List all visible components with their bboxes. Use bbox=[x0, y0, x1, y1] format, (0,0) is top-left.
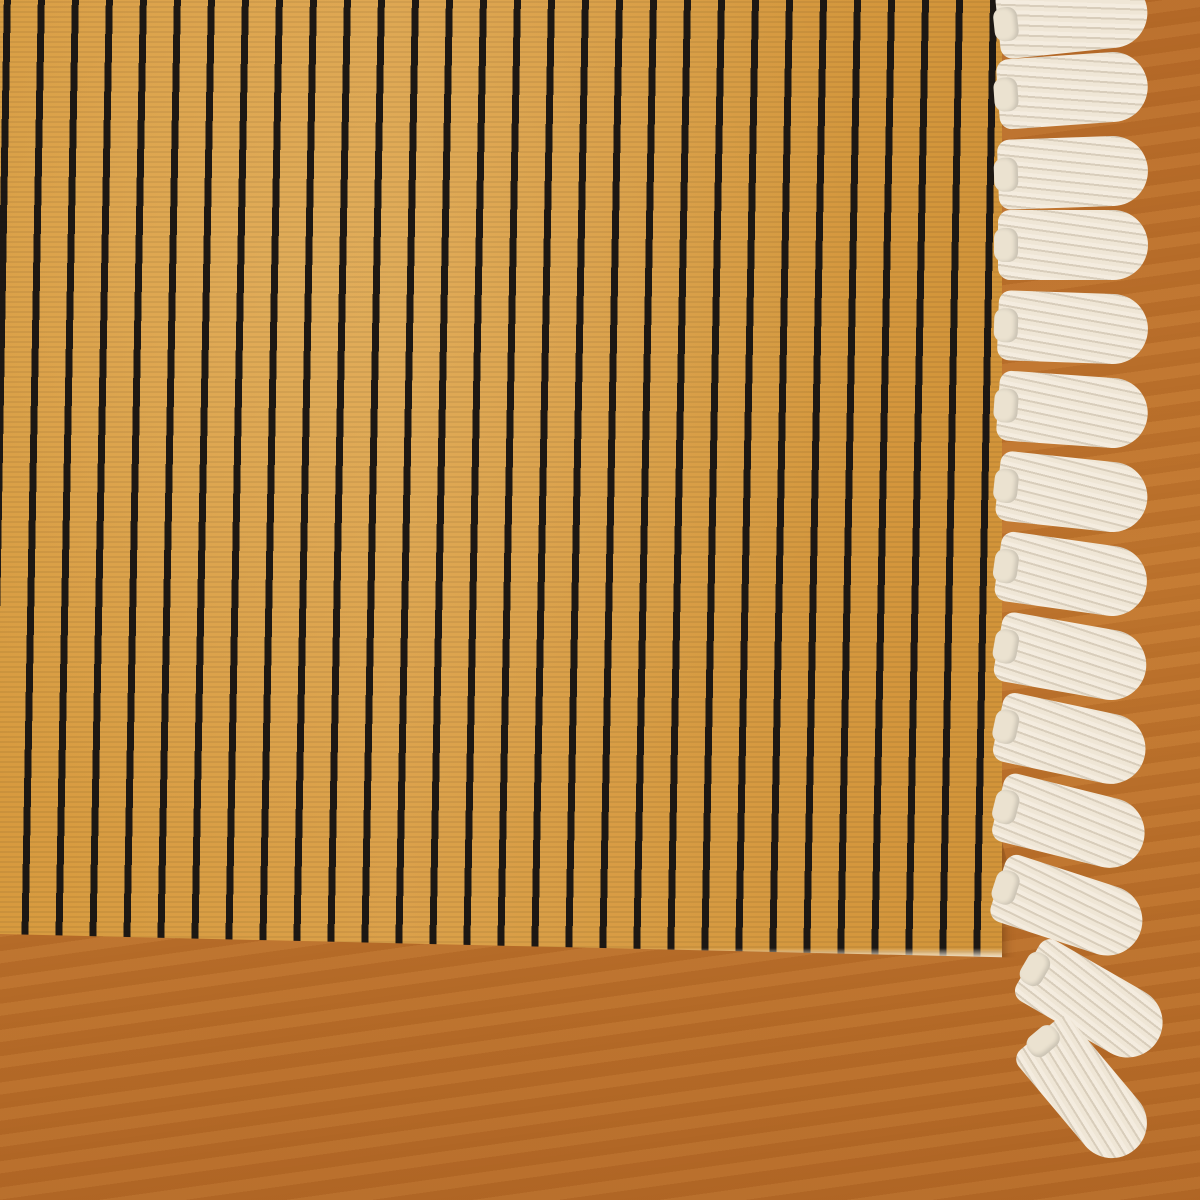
tassel bbox=[992, 611, 1152, 706]
weave-texture bbox=[0, 0, 1002, 958]
tassel bbox=[997, 290, 1149, 365]
tassel bbox=[994, 450, 1150, 535]
tassel bbox=[996, 370, 1151, 450]
tassel-fringe bbox=[998, 0, 1198, 1180]
tassel bbox=[993, 530, 1151, 620]
tassel bbox=[997, 135, 1149, 210]
tassel bbox=[994, 0, 1150, 60]
tassel bbox=[996, 50, 1151, 130]
striped-rug bbox=[0, 0, 1002, 958]
tassel bbox=[998, 210, 1148, 280]
